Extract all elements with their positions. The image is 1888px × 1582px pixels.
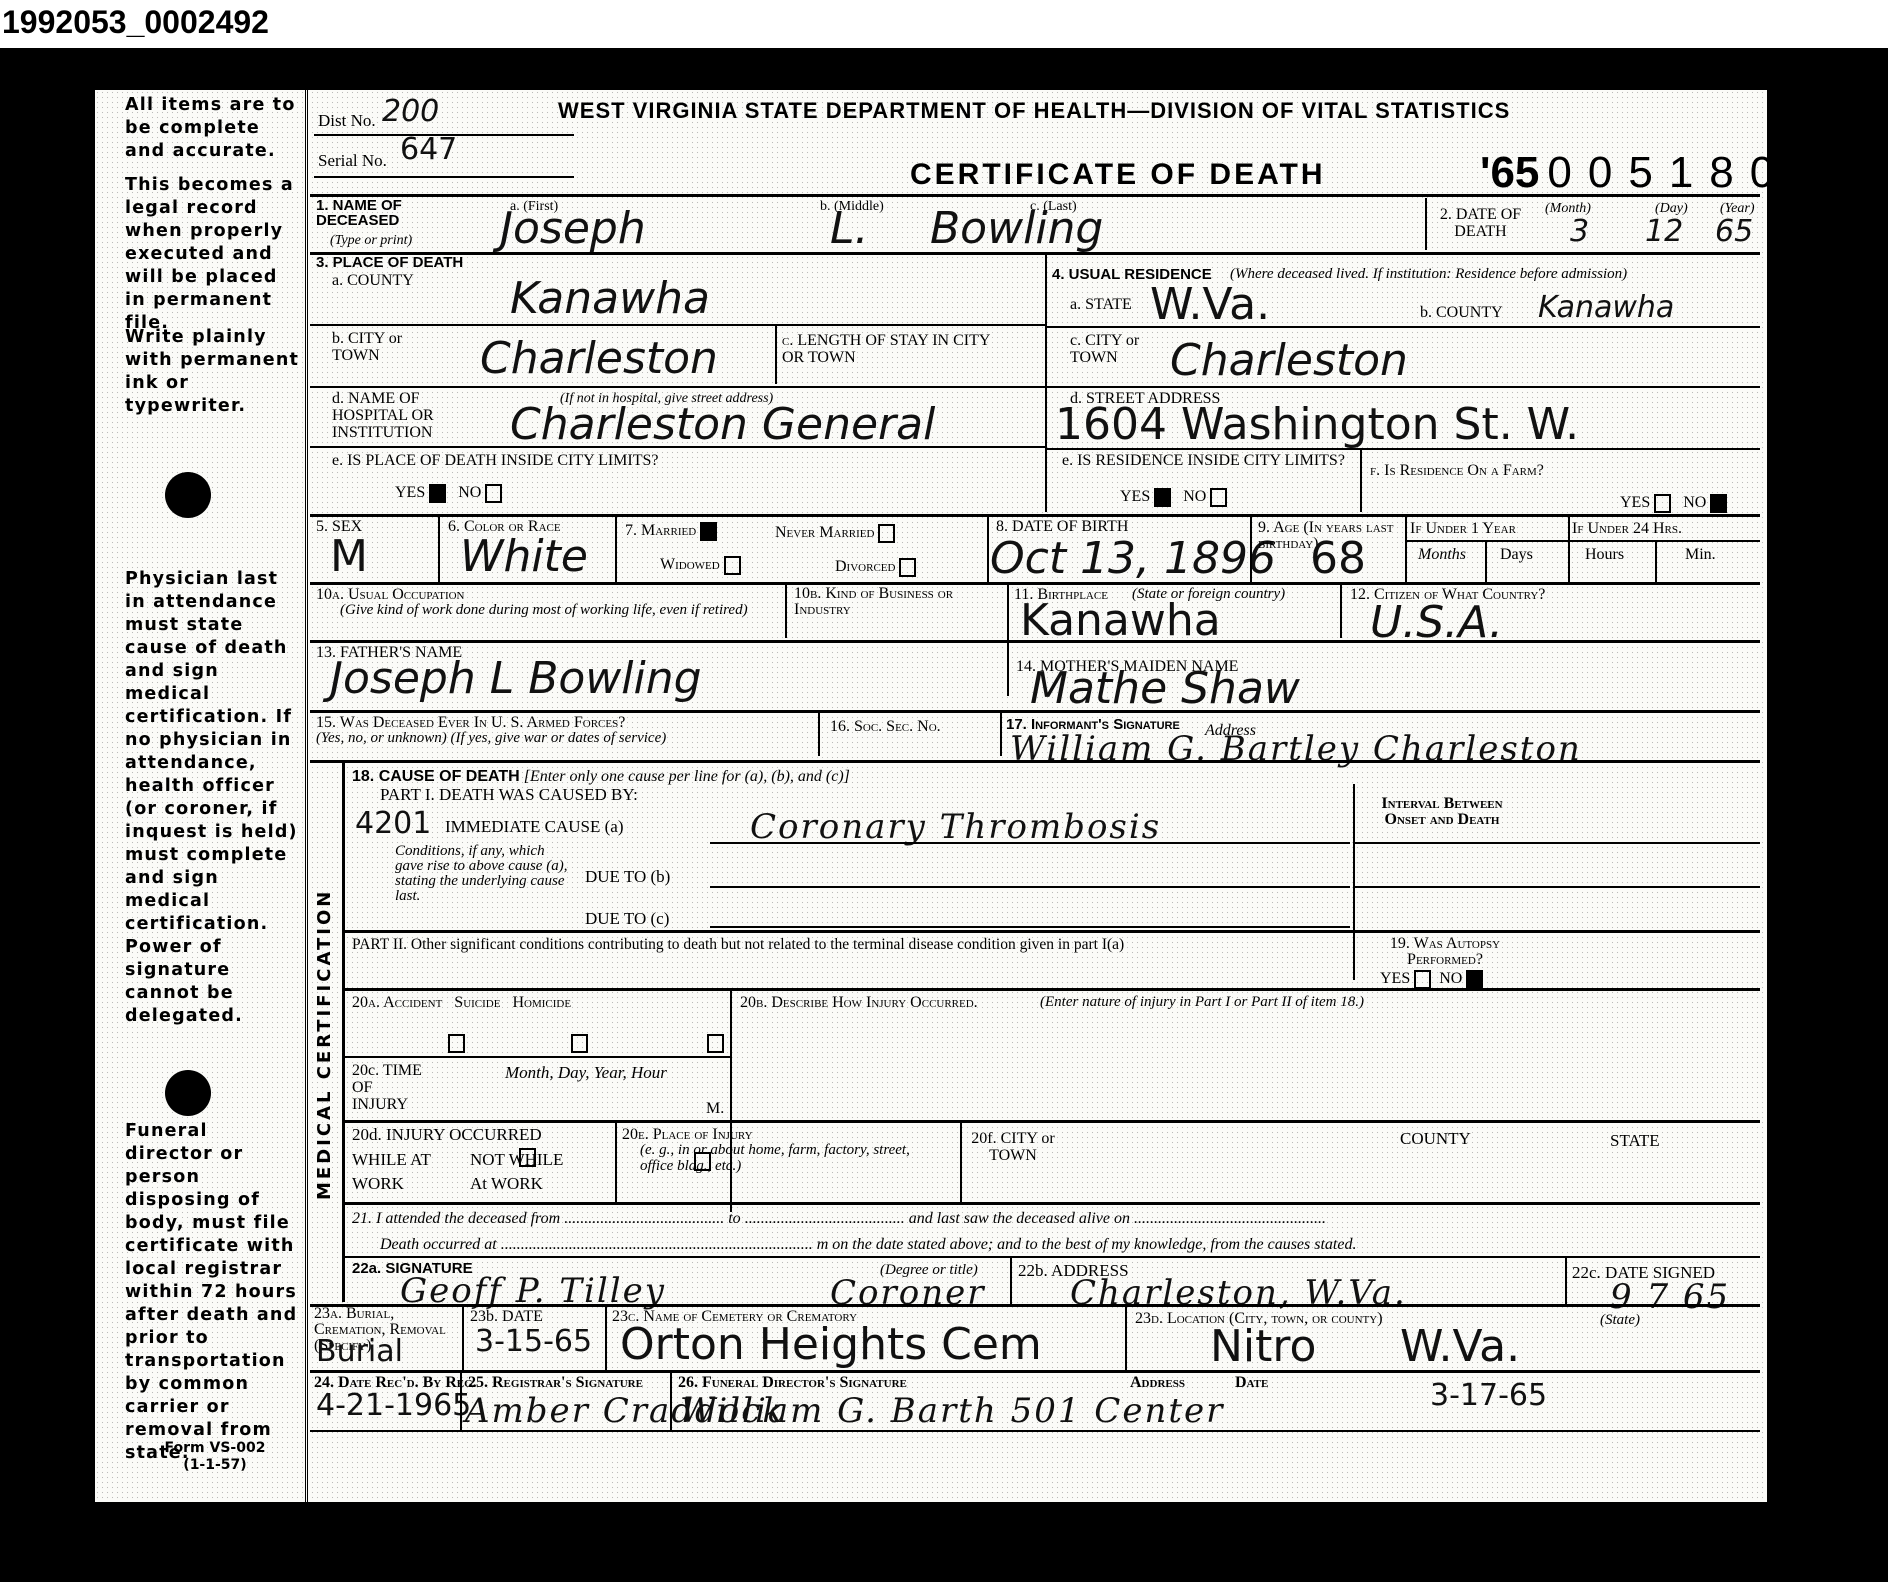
note-complete: All items are to be complete and accurat… bbox=[125, 94, 300, 163]
divider bbox=[1565, 1258, 1567, 1304]
no-checkbox[interactable] bbox=[1466, 970, 1483, 989]
divider bbox=[605, 1306, 607, 1370]
length-of-stay-label: c. LENGTH OF STAY IN CITY OR TOWN bbox=[782, 332, 992, 366]
divider bbox=[438, 516, 440, 582]
divider bbox=[960, 1122, 962, 1202]
divider bbox=[1353, 784, 1355, 980]
funeral-director-date-value: 3-17-65 bbox=[1430, 1380, 1547, 1412]
occupation-hint: (Give kind of work done during most of w… bbox=[340, 602, 780, 618]
hours-label: Hours bbox=[1585, 546, 1624, 563]
hospital-value: Charleston General bbox=[510, 402, 935, 448]
divider bbox=[1250, 516, 1252, 582]
dist-no-value: 200 bbox=[382, 96, 439, 128]
yes-checkbox[interactable] bbox=[429, 484, 446, 503]
no-checkbox[interactable] bbox=[485, 484, 502, 503]
due-to-b-line bbox=[710, 886, 1350, 888]
place-of-injury-label: 20e. Place of Injury bbox=[622, 1126, 753, 1143]
death-city-value: Charleston bbox=[480, 336, 718, 382]
cause-of-death-title: 18. CAUSE OF DEATH bbox=[352, 768, 520, 785]
how-injury-label: 20b. Describe How Injury Occurred. bbox=[740, 994, 978, 1011]
divider bbox=[462, 1306, 464, 1370]
no-label: NO bbox=[1683, 494, 1706, 511]
homicide-label: Homicide bbox=[512, 994, 571, 1011]
certificate-number-value: 005180 bbox=[1547, 148, 1790, 197]
race-value: White bbox=[460, 534, 588, 580]
no-checkbox[interactable] bbox=[1710, 494, 1727, 513]
birthplace-value: Kanawha bbox=[1020, 598, 1221, 644]
death-year-value: 65 bbox=[1715, 216, 1753, 248]
autopsy-options: YES NO bbox=[1380, 970, 1483, 989]
divorced-option: Divorced bbox=[835, 558, 916, 577]
divider bbox=[310, 582, 1760, 585]
punch-hole-icon bbox=[165, 1070, 211, 1116]
cause-of-death-hint: [Enter only one cause per line for (a), … bbox=[524, 768, 850, 785]
married-label: 7. Married bbox=[625, 522, 696, 539]
yes-label: YES bbox=[1620, 494, 1650, 511]
divider bbox=[1568, 516, 1570, 582]
autopsy-label: 19. Was Autopsy Performed? bbox=[1360, 936, 1530, 968]
last-name-value: Bowling bbox=[930, 206, 1103, 252]
soc-sec-label: 16. Soc. Sec. No. bbox=[830, 718, 941, 735]
never-married-label: Never Married bbox=[775, 524, 874, 541]
attended-to-label: to bbox=[728, 1210, 740, 1227]
name-label: 1. NAME OF DECEASED bbox=[316, 198, 426, 228]
residence-in-city-limits-label: e. IS RESIDENCE INSIDE CITY LIMITS? bbox=[1062, 452, 1345, 469]
residence-city-value: Charleston bbox=[1170, 338, 1408, 384]
attendance-line-1: 21. I attended the deceased from .......… bbox=[352, 1210, 1326, 1227]
homicide-checkbox[interactable] bbox=[707, 1034, 724, 1053]
under-24-hrs-label: If Under 24 Hrs. bbox=[1572, 520, 1682, 537]
cause-code-value: 4201 bbox=[355, 808, 431, 840]
residence-county-label: b. COUNTY bbox=[1420, 304, 1503, 321]
yes-label: YES bbox=[1380, 970, 1410, 987]
divider bbox=[344, 988, 1760, 991]
business-label: 10b. Kind of Business or Industry bbox=[794, 586, 984, 618]
funeral-director-date-label: Date bbox=[1235, 1374, 1268, 1391]
divider bbox=[310, 1304, 1760, 1307]
immediate-cause-label: IMMEDIATE CAUSE (a) bbox=[445, 818, 623, 835]
note-legal-record: This becomes a legal record when properl… bbox=[125, 174, 300, 335]
due-to-b-label: DUE TO (b) bbox=[585, 868, 670, 885]
death-county-value: Kanawha bbox=[510, 276, 710, 322]
time-of-injury-label: 20c. TIME OF INJURY bbox=[352, 1062, 432, 1113]
death-occurred-at-label: Death occurred at bbox=[380, 1236, 497, 1253]
disposition-value: Burial bbox=[316, 1336, 403, 1368]
form-date-text: (1-1-57) bbox=[135, 1457, 295, 1474]
divider bbox=[344, 1056, 730, 1058]
age-value: 68 bbox=[1310, 536, 1366, 582]
location-city-value: Nitro bbox=[1210, 1324, 1316, 1370]
divorced-label: Divorced bbox=[835, 558, 895, 575]
divider bbox=[1405, 540, 1760, 542]
divider bbox=[310, 760, 1760, 763]
divider bbox=[344, 1256, 1760, 1258]
certificate-title: CERTIFICATE OF DEATH bbox=[910, 158, 1326, 192]
due-to-c-line bbox=[710, 926, 1350, 928]
months-label: Months bbox=[1418, 546, 1466, 563]
divider bbox=[1010, 1258, 1012, 1304]
divider bbox=[1485, 542, 1487, 582]
place-of-injury-hint: (e. g., in or about home, farm, factory,… bbox=[640, 1142, 940, 1174]
form-number: Form VS-002 (1-1-57) bbox=[135, 1440, 295, 1474]
note-text: Write plainly with permanent ink or type… bbox=[125, 326, 300, 418]
residence-state-value: W.Va. bbox=[1150, 282, 1270, 328]
yes-checkbox[interactable] bbox=[1654, 494, 1671, 513]
note-text: Funeral director or person disposing of … bbox=[125, 1120, 300, 1465]
county-label: a. COUNTY bbox=[332, 272, 414, 289]
divider bbox=[615, 516, 617, 582]
attendance-line-2: Death occurred at ......................… bbox=[380, 1236, 1356, 1253]
dist-no-label: Dist No. bbox=[318, 112, 376, 129]
no-label: NO bbox=[458, 484, 481, 501]
accident-checkbox[interactable] bbox=[448, 1034, 465, 1053]
form-no-text: Form VS-002 bbox=[135, 1440, 295, 1457]
residence-in-city-limits-options: YES NO bbox=[1120, 488, 1227, 507]
death-day-value: 12 bbox=[1645, 216, 1683, 248]
city-label: b. CITY or TOWN bbox=[332, 330, 422, 364]
armed-forces-hint: (Yes, no, or unknown) (If yes, give war … bbox=[316, 730, 666, 747]
instructions-sidebar: All items are to be complete and accurat… bbox=[95, 90, 308, 1502]
certificate-number: '65005180 bbox=[1480, 148, 1790, 198]
death-certificate: All items are to be complete and accurat… bbox=[95, 90, 1767, 1502]
time-of-injury-suffix: M. bbox=[706, 1100, 724, 1117]
cemetery-value: Orton Heights Cem bbox=[620, 1322, 1042, 1368]
serial-no-value: 647 bbox=[400, 134, 457, 166]
divider bbox=[1045, 448, 1760, 450]
divider bbox=[987, 516, 989, 582]
suicide-label: Suicide bbox=[454, 994, 500, 1011]
divider bbox=[615, 1122, 617, 1202]
occupation-label: 10a. Usual Occupation bbox=[316, 586, 465, 603]
divider bbox=[344, 1120, 1760, 1123]
death-month-value: 3 bbox=[1570, 216, 1589, 248]
due-to-c-label: DUE TO (c) bbox=[585, 910, 669, 927]
divider bbox=[310, 446, 1045, 448]
mother-name-value: Mathe Shaw bbox=[1030, 666, 1300, 712]
informant-signature: William G. Bartley Charleston bbox=[1010, 726, 1582, 772]
no-checkbox[interactable] bbox=[1210, 488, 1227, 507]
yes-checkbox[interactable] bbox=[1414, 970, 1431, 989]
name-sublabel: (Type or print) bbox=[330, 232, 412, 249]
part1-label: PART I. DEATH WAS CAUSED BY: bbox=[380, 786, 638, 803]
married-option: 7. Married bbox=[625, 522, 717, 541]
interval-label: Interval Between Onset and Death bbox=[1362, 796, 1522, 828]
suicide-checkbox[interactable] bbox=[571, 1034, 588, 1053]
divider bbox=[460, 1372, 462, 1430]
residence-on-farm-label: f. Is Residence On a Farm? bbox=[1370, 462, 1544, 479]
father-name-value: Joseph L Bowling bbox=[330, 656, 702, 702]
certificate-year: '65 bbox=[1480, 148, 1539, 197]
divider bbox=[310, 710, 1760, 713]
never-married-option: Never Married bbox=[775, 524, 895, 543]
date-of-death-label: 2. DATE OF DEATH bbox=[1433, 206, 1528, 240]
never-married-checkbox[interactable] bbox=[878, 524, 895, 543]
usual-residence-hint: (Where deceased lived. If institution: R… bbox=[1230, 266, 1627, 283]
item-20a-number: 20a. bbox=[352, 994, 380, 1011]
part2-label: PART II. Other significant conditions co… bbox=[352, 936, 1124, 953]
note-text: Physician last in attendance must state … bbox=[125, 568, 300, 1028]
divider bbox=[1360, 450, 1362, 512]
residence-city-label: c. CITY or TOWN bbox=[1070, 332, 1160, 366]
manner-label: 20a. Accident Suicide Homicide bbox=[352, 994, 571, 1011]
death-in-city-limits-options: YES NO bbox=[395, 484, 502, 503]
divider bbox=[1045, 254, 1047, 512]
note-write-plainly: Write plainly with permanent ink or type… bbox=[125, 326, 300, 418]
funeral-director-signature: William G. Barth 501 Center bbox=[680, 1388, 1224, 1434]
divider bbox=[310, 386, 1045, 388]
burial-date-value: 3-15-65 bbox=[475, 1326, 592, 1358]
time-of-injury-hint: Month, Day, Year, Hour bbox=[505, 1064, 667, 1081]
widowed-label: Widowed bbox=[660, 556, 720, 573]
state-label: a. STATE bbox=[1070, 296, 1132, 313]
divider bbox=[310, 1430, 1760, 1432]
divider bbox=[310, 324, 1045, 326]
note-funeral-director: Funeral director or person disposing of … bbox=[125, 1120, 300, 1465]
serial-no-label: Serial No. bbox=[318, 152, 387, 169]
middle-name-value: L. bbox=[830, 206, 869, 252]
armed-forces-label: 15. Was Deceased Ever In U. S. Armed For… bbox=[316, 714, 625, 731]
note-text: This becomes a legal record when properl… bbox=[125, 174, 300, 335]
how-injury-hint: (Enter nature of injury in Part I or Par… bbox=[1040, 994, 1364, 1011]
note-physician: Physician last in attendance must state … bbox=[125, 568, 300, 1028]
date-received-value: 4-21-1965 bbox=[316, 1390, 471, 1422]
divider bbox=[310, 1370, 1760, 1373]
residence-on-farm-options: YES NO bbox=[1620, 494, 1727, 513]
while-at-work-label: WHILE AT WORK bbox=[352, 1148, 447, 1196]
divider bbox=[1000, 712, 1002, 756]
divider bbox=[310, 514, 1760, 517]
note-text: All items are to be complete and accurat… bbox=[125, 94, 300, 163]
accident-label: Accident bbox=[383, 994, 442, 1011]
divider bbox=[1045, 326, 1760, 328]
residence-county-value: Kanawha bbox=[1538, 292, 1674, 324]
divider bbox=[818, 712, 820, 756]
location-state-value: W.Va. bbox=[1400, 1324, 1520, 1370]
not-while-at-work-label: NOT WHILE At WORK bbox=[470, 1148, 580, 1196]
divider bbox=[1340, 584, 1342, 638]
divider bbox=[775, 326, 777, 384]
min-label: Min. bbox=[1685, 546, 1716, 563]
injury-county-label: COUNTY bbox=[1400, 1130, 1471, 1147]
no-label: NO bbox=[1183, 488, 1206, 505]
death-in-city-limits-label: e. IS PLACE OF DEATH INSIDE CITY LIMITS? bbox=[332, 452, 659, 469]
image-id-label: 1992053_0002492 bbox=[2, 4, 269, 41]
yes-label: YES bbox=[395, 484, 425, 501]
divider bbox=[344, 930, 1760, 933]
days-label: Days bbox=[1500, 546, 1533, 563]
injury-state-label: STATE bbox=[1610, 1132, 1660, 1149]
form-body: Dist No. 200 Serial No. 647 WEST VIRGINI… bbox=[310, 90, 1767, 1502]
no-label: NO bbox=[1439, 970, 1462, 987]
divider bbox=[1355, 842, 1760, 844]
divorced-checkbox[interactable] bbox=[899, 558, 916, 577]
punch-hole-icon bbox=[165, 472, 211, 518]
divider bbox=[730, 990, 732, 1212]
immediate-cause-line bbox=[710, 842, 1350, 844]
yes-checkbox[interactable] bbox=[1154, 488, 1171, 507]
divider bbox=[344, 1202, 1760, 1205]
divider bbox=[310, 640, 1760, 643]
last-saw-alive-label: and last saw the deceased alive on bbox=[909, 1210, 1130, 1227]
yes-label: YES bbox=[1120, 488, 1150, 505]
widowed-option: Widowed bbox=[660, 556, 741, 575]
place-of-death-label: 3. PLACE OF DEATH bbox=[316, 254, 463, 271]
divider bbox=[310, 252, 1760, 255]
divider bbox=[1405, 516, 1407, 582]
cause-of-death-label: 18. CAUSE OF DEATH [Enter only one cause… bbox=[352, 768, 850, 785]
sex-value: M bbox=[330, 534, 368, 580]
divider bbox=[1045, 386, 1760, 388]
burial-date-label: 23b. DATE bbox=[470, 1308, 543, 1325]
divider bbox=[785, 584, 787, 638]
divider bbox=[310, 194, 1760, 197]
divider bbox=[342, 762, 345, 1302]
injury-city-label: 20f. CITY or TOWN bbox=[968, 1130, 1058, 1164]
conditions-note: Conditions, if any, which gave rise to a… bbox=[395, 844, 570, 904]
medical-certification-vertical-label: MEDICAL CERTIFICATION bbox=[314, 889, 335, 1200]
agency-title: WEST VIRGINIA STATE DEPARTMENT OF HEALTH… bbox=[558, 98, 1510, 124]
widowed-checkbox[interactable] bbox=[724, 556, 741, 575]
injury-at-work-label: 20d. INJURY OCCURRED bbox=[352, 1126, 542, 1143]
married-checkbox[interactable] bbox=[700, 522, 717, 541]
divider bbox=[670, 1372, 672, 1430]
location-state-label: (State) bbox=[1600, 1312, 1640, 1329]
certification-statement: m on the date stated above; and to the b… bbox=[817, 1236, 1357, 1253]
hospital-label: d. NAME OF HOSPITAL OR INSTITUTION bbox=[332, 390, 462, 441]
divider bbox=[314, 176, 574, 178]
street-address-value: 1604 Washington St. W. bbox=[1055, 402, 1579, 448]
divider bbox=[1125, 1306, 1127, 1370]
under-1-year-label: If Under 1 Year bbox=[1410, 520, 1516, 537]
first-name-value: Joseph bbox=[500, 206, 646, 252]
divider bbox=[1355, 886, 1760, 888]
divider bbox=[1425, 198, 1427, 250]
attended-from-label: 21. I attended the deceased from bbox=[352, 1210, 560, 1227]
date-of-birth-value: Oct 13, 1896 bbox=[990, 536, 1276, 582]
divider bbox=[1655, 542, 1657, 582]
